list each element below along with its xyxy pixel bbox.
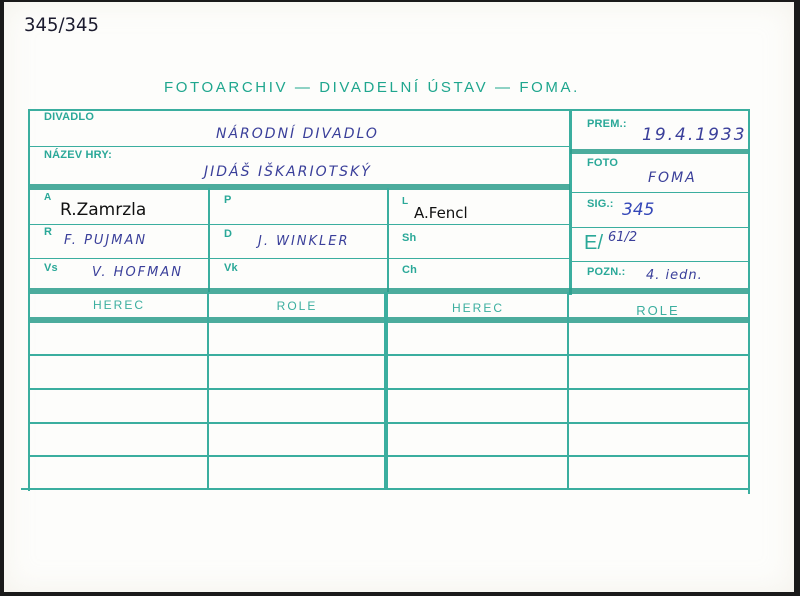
- value-e[interactable]: 61/2: [608, 230, 637, 245]
- value-r[interactable]: F. PUJMAN: [64, 233, 147, 248]
- label-vs: Vs: [44, 262, 58, 274]
- value-sig[interactable]: 345: [622, 200, 654, 220]
- col-header-herec-2: HEREC: [388, 301, 568, 315]
- value-d[interactable]: J. WINKLER: [258, 234, 350, 249]
- corner-number: 345/345: [24, 14, 99, 36]
- label-e: E/: [584, 232, 603, 255]
- label-nazev-hry: NÁZEV HRY:: [44, 149, 112, 161]
- col-header-role-1: ROLE: [209, 299, 385, 313]
- label-pozn: POZN.:: [587, 266, 625, 278]
- value-foto[interactable]: FOMA: [648, 170, 697, 186]
- label-vk: Vk: [224, 262, 238, 274]
- label-divadlo: DIVADLO: [44, 111, 94, 123]
- label-sig: SIG.:: [587, 198, 614, 210]
- label-ch: Ch: [402, 264, 417, 276]
- label-prem: PREM.:: [587, 118, 627, 130]
- value-vs[interactable]: V. HOFMAN: [92, 265, 183, 280]
- label-sh: Sh: [402, 232, 416, 244]
- label-p: P: [224, 194, 232, 206]
- card-header: FOTOARCHIV — DIVADELNÍ ÚSTAV — FOMA.: [164, 79, 580, 96]
- value-a[interactable]: R.Zamrzla: [60, 200, 146, 220]
- col-header-role-2: ROLE: [569, 303, 747, 318]
- label-d: D: [224, 228, 232, 240]
- label-l: L: [402, 196, 408, 207]
- label-foto: FOTO: [587, 157, 618, 169]
- value-l[interactable]: A.Fencl: [414, 204, 468, 222]
- value-nazev-hry[interactable]: JIDÁŠ IŠKARIOTSKÝ: [204, 164, 372, 180]
- value-pozn[interactable]: 4. iedn.: [646, 268, 703, 283]
- col-header-herec-1: HEREC: [30, 298, 208, 312]
- label-a: A: [44, 192, 51, 203]
- value-prem[interactable]: 19.4.1933: [642, 125, 747, 145]
- label-r: R: [44, 226, 52, 238]
- value-divadlo[interactable]: NÁRODNÍ DIVADLO: [216, 126, 379, 142]
- archive-card: 345/345 FOTOARCHIV — DIVADELNÍ ÚSTAV — F…: [4, 2, 794, 592]
